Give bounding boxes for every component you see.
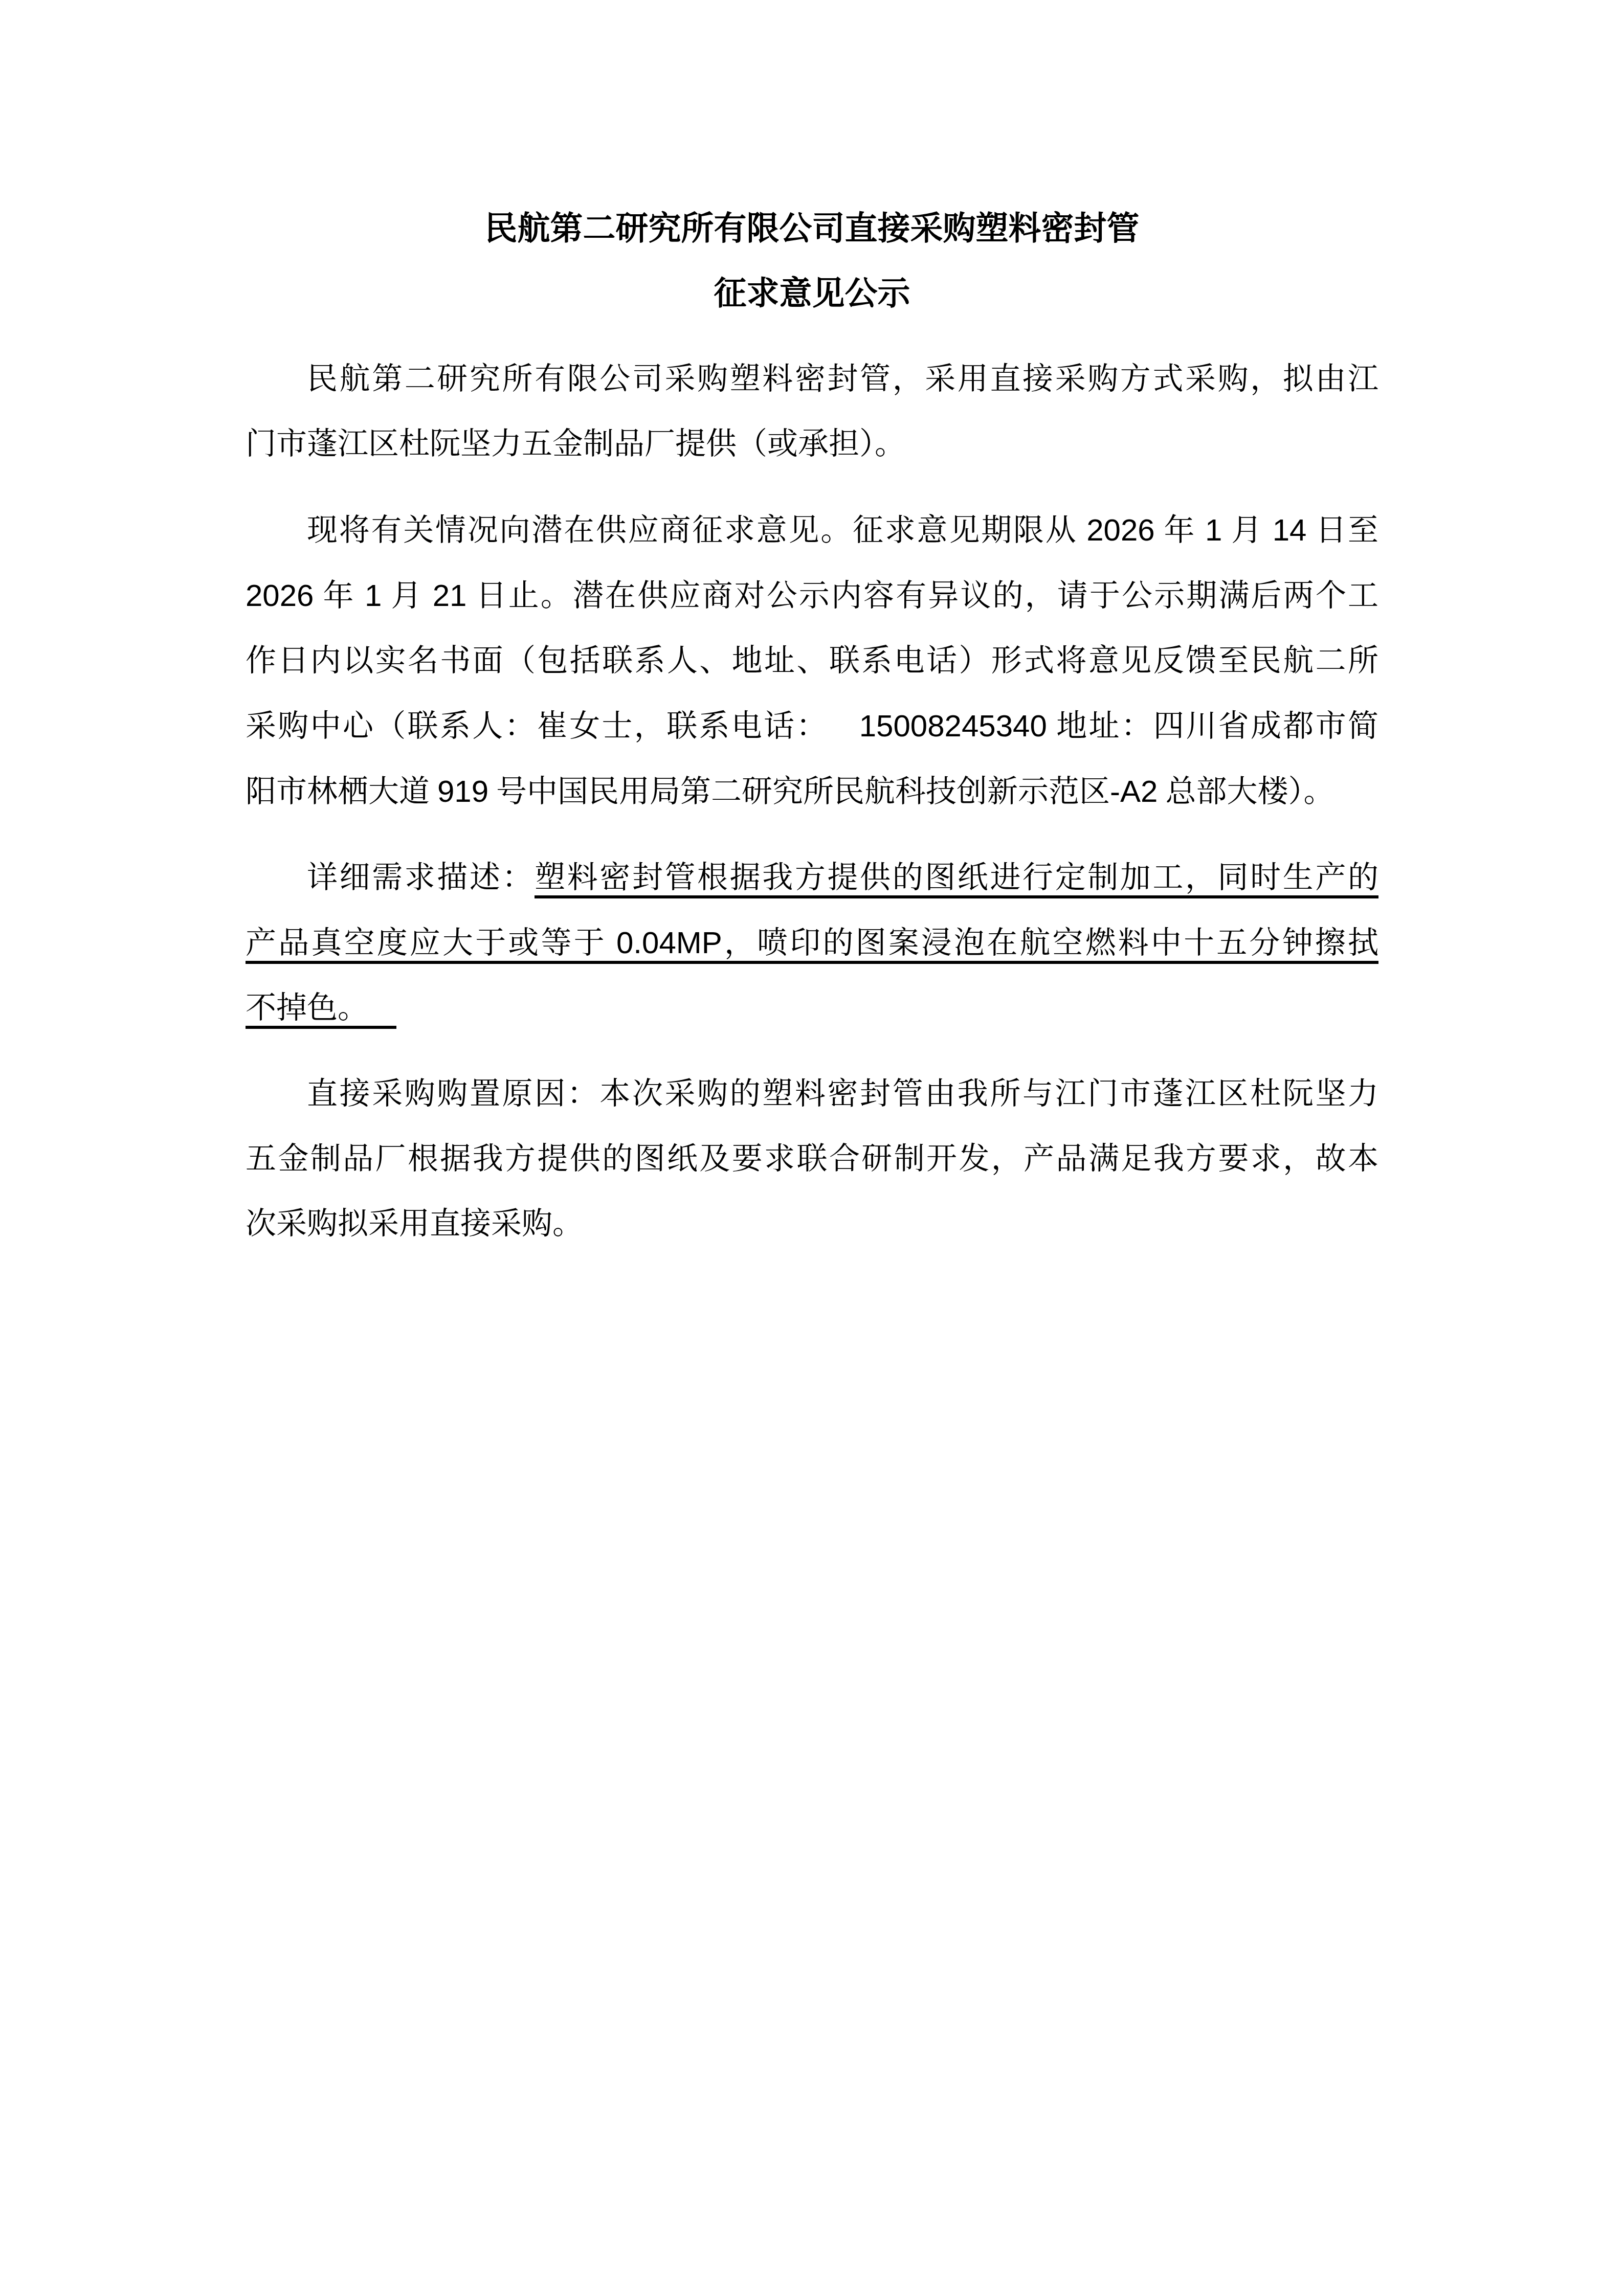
latin-text: 0.04MP: [616, 926, 722, 960]
underlined-text: 塑料密封管根据我方提供的图纸进行定制加工，同时生产的: [535, 861, 1378, 898]
document-page: 民航第二研究所有限公司直接采购塑料密封管 征求意见公示 民航第二研究所有限公司采…: [0, 0, 1624, 2296]
latin-text: 919: [437, 774, 488, 808]
paragraph-direct-purchase-reason: 直接采购购置原因：本次采购的塑料密封管由我所与江门市蓬江区杜阮坚力 五金制品厂根…: [246, 1062, 1378, 1256]
text-line: 民航第二研究所有限公司采购塑料密封管，采用直接采购方式采购，拟由江: [246, 347, 1378, 412]
latin-text: 15008245340: [859, 709, 1047, 743]
text-line: 不掉色。: [246, 976, 1378, 1041]
latin-text: 1: [365, 578, 382, 613]
underlined-text: 产品真空度应大于或等于 0.04MP，喷印的图案浸泡在航空燃料中十五分钟擦拭: [246, 926, 1378, 964]
text-line: 产品真空度应大于或等于 0.04MP，喷印的图案浸泡在航空燃料中十五分钟擦拭: [246, 910, 1378, 976]
text-line: 次采购拟采用直接采购。: [246, 1191, 1378, 1256]
text-line: 2026 年 1 月 21 日止。潜在供应商对公示内容有异议的，请于公示期满后两…: [246, 563, 1378, 628]
text-line: 现将有关情况向潜在供应商征求意见。征求意见期限从 2026 年 1 月 14 日…: [246, 498, 1378, 563]
text-line: 详细需求描述：塑料密封管根据我方提供的图纸进行定制加工，同时生产的: [246, 845, 1378, 910]
document-content: 民航第二研究所有限公司直接采购塑料密封管 征求意见公示 民航第二研究所有限公司采…: [246, 196, 1378, 1256]
latin-text: 1: [1205, 513, 1222, 547]
latin-text: 21: [433, 578, 467, 613]
doc-title: 民航第二研究所有限公司直接采购塑料密封管: [246, 196, 1378, 261]
paragraph-comment-period: 现将有关情况向潜在供应商征求意见。征求意见期限从 2026 年 1 月 14 日…: [246, 498, 1378, 824]
text-line: 阳市林栖大道 919 号中国民用局第二研究所民航科技创新示范区-A2 总部大楼）…: [246, 759, 1378, 824]
requirements-label: 详细需求描述：: [307, 861, 535, 894]
text-line: 门市蓬江区杜阮坚力五金制品厂提供（或承担）。: [246, 412, 1378, 477]
paragraph-requirements: 详细需求描述：塑料密封管根据我方提供的图纸进行定制加工，同时生产的 产品真空度应…: [246, 845, 1378, 1041]
title-block: 民航第二研究所有限公司直接采购塑料密封管 征求意见公示: [246, 196, 1378, 326]
latin-text: 2026: [246, 578, 314, 613]
latin-text: 2026: [1086, 513, 1154, 547]
text-line: 采购中心（联系人：崔女士，联系电话： 15008245340 地址：四川省成都市…: [246, 693, 1378, 759]
underlined-text: 不掉色。: [246, 991, 396, 1029]
text-line: 五金制品厂根据我方提供的图纸及要求联合研制开发，产品满足我方要求，故本: [246, 1127, 1378, 1191]
text-line: 直接采购购置原因：本次采购的塑料密封管由我所与江门市蓬江区杜阮坚力: [246, 1062, 1378, 1127]
doc-subtitle: 征求意见公示: [246, 261, 1378, 326]
text-line: 作日内以实名书面（包括联系人、地址、联系电话）形式将意见反馈至民航二所: [246, 628, 1378, 693]
latin-text: 14: [1273, 513, 1307, 547]
paragraph-intro: 民航第二研究所有限公司采购塑料密封管，采用直接采购方式采购，拟由江 门市蓬江区杜…: [246, 347, 1378, 477]
latin-text: -A2: [1110, 774, 1158, 808]
